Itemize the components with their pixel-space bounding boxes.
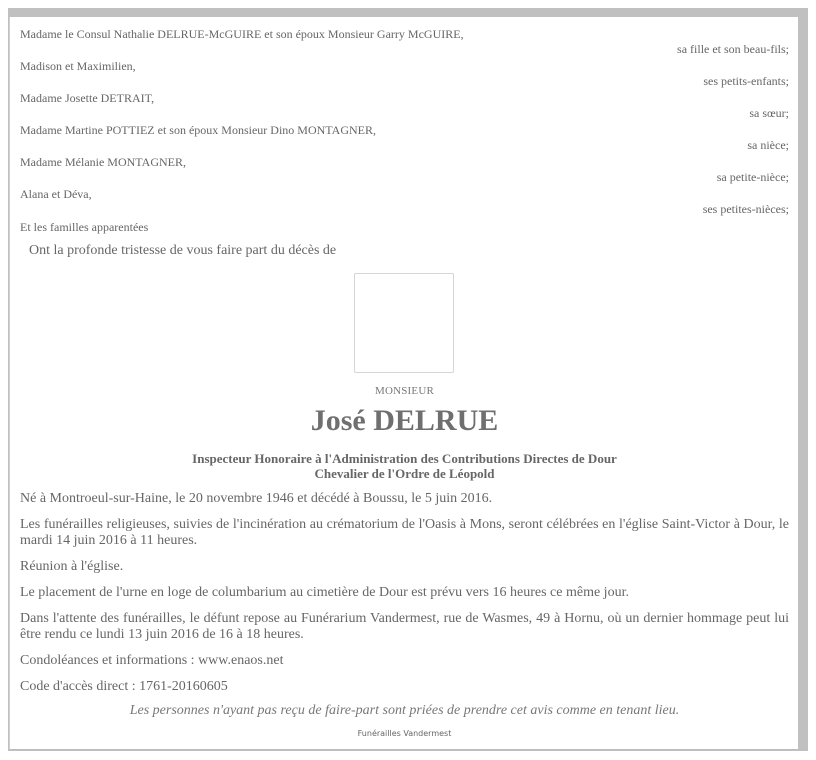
deceased-name: José DELRUE <box>10 403 799 439</box>
family-member-name: Madame Mélanie MONTAGNER, <box>20 155 186 169</box>
family-closing: Et les familles apparentées <box>20 220 148 234</box>
funeral-paragraph: Les funérailles religieuses, suivies de … <box>20 517 789 549</box>
deceased-title: MONSIEUR <box>10 385 799 397</box>
family-member-name: Alana et Déva, <box>20 187 92 201</box>
access-code-paragraph: Code d'accès direct : 1761-20160605 <box>20 679 789 695</box>
closing-notice: Les personnes n'ayant pas reçu de faire-… <box>10 703 799 719</box>
condolences-paragraph: Condoléances et informations : www.enaos… <box>20 653 789 669</box>
family-member-name: Madame Josette DETRAIT, <box>20 91 154 105</box>
funerarium-paragraph: Dans l'attente des funérailles, le défun… <box>20 611 789 643</box>
urn-paragraph: Le placement de l'urne en loge de columb… <box>20 585 789 601</box>
birth-death-paragraph: Né à Montroeul-sur-Haine, le 20 novembre… <box>20 491 789 507</box>
family-row: Alana et Déva, ses petites-nièces; <box>20 187 789 219</box>
notice-body: Né à Montroeul-sur-Haine, le 20 novembre… <box>20 491 789 705</box>
deceased-photo-placeholder <box>354 273 454 373</box>
gathering-paragraph: Réunion à l'église. <box>20 559 789 575</box>
honor-line: Inspecteur Honoraire à l'Administration … <box>10 451 799 466</box>
family-relation: ses petites-nièces; <box>703 202 789 216</box>
family-relation: sa sœur; <box>749 106 789 120</box>
family-row: Madame Martine POTTIEZ et son époux Mons… <box>20 123 789 155</box>
family-relation: sa nièce; <box>747 138 789 152</box>
death-notice-page: Madame le Consul Nathalie DELRUE-McGUIRE… <box>9 17 798 750</box>
family-relation: sa fille et son beau-fils; <box>677 42 789 56</box>
honor-line: Chevalier de l'Ordre de Léopold <box>10 466 799 481</box>
deceased-honors: Inspecteur Honoraire à l'Administration … <box>10 451 799 481</box>
family-row: Madame le Consul Nathalie DELRUE-McGUIRE… <box>20 27 789 59</box>
family-member-name: Madison et Maximilien, <box>20 59 136 73</box>
family-member-name: Madame Martine POTTIEZ et son époux Mons… <box>20 123 376 137</box>
family-row: Madame Mélanie MONTAGNER, sa petite-nièc… <box>20 155 789 187</box>
funeral-home-footer: Funérailles Vandermest <box>10 729 799 738</box>
family-row: Madame Josette DETRAIT, sa sœur; <box>20 91 789 123</box>
family-member-name: Madame le Consul Nathalie DELRUE-McGUIRE… <box>20 27 464 41</box>
family-relation: sa petite-nièce; <box>717 170 789 184</box>
family-list: Madame le Consul Nathalie DELRUE-McGUIRE… <box>20 27 789 219</box>
family-row: Madison et Maximilien, ses petits-enfant… <box>20 59 789 91</box>
family-relation: ses petits-enfants; <box>703 74 789 88</box>
intro-text: Ont la profonde tristesse de vous faire … <box>29 242 336 260</box>
